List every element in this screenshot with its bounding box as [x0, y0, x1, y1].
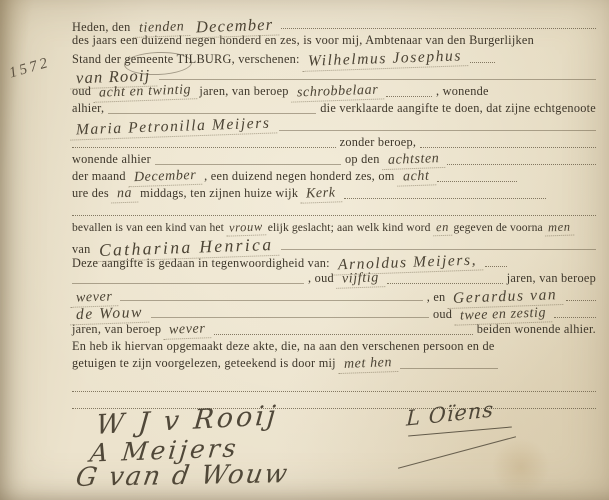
form-line-19: jaren, van beroep wever beiden wonende a… [70, 322, 598, 339]
form-line-11: ure des na middags, ten zijnen huize wij… [70, 186, 598, 203]
printed-year-om: , een duizend negen honderd zes, om [202, 169, 396, 184]
printed-alhier: alhier, [70, 101, 106, 116]
form-line-18: de Wouw oud twee en zestig [70, 305, 598, 322]
handwritten-en: en [432, 220, 452, 237]
dotted-rule [566, 300, 596, 301]
dotted-rule [447, 164, 596, 165]
handwritten-met-hen: met hen [338, 355, 399, 374]
signature-witness2: G van d Wouw [74, 459, 291, 493]
dotted-rule [344, 198, 546, 199]
form-line-22-blank [70, 379, 598, 396]
printed-jaren-beroep-2: jaren, van beroep [505, 271, 598, 286]
handwritten-witness2-occupation: wever [163, 321, 212, 340]
form-line-03: Stand der gemeente TILBURG, verschenen: … [70, 50, 598, 67]
rule [120, 300, 422, 301]
dotted-rule [72, 215, 596, 216]
printed-gegeven-voorna: gegeven de voorna [452, 221, 545, 234]
form-line-07: Maria Petronilla Meijers [70, 118, 598, 135]
handwritten-birth-hour: acht [396, 168, 435, 186]
printed-der-maand: der maand [70, 169, 128, 184]
signature-official-flourish [398, 436, 516, 469]
dotted-rule [72, 391, 596, 392]
printed-wonende-alhier: wonende alhier [70, 152, 153, 167]
printed-van: van [70, 242, 93, 257]
printed-zonder-beroep: zonder beroep, [338, 135, 419, 150]
form-line-21: getuigen te zijn voorgelezen, geteekend … [70, 356, 598, 373]
dotted-rule [554, 317, 596, 318]
printed-wonende: , wonende [434, 84, 491, 99]
printed-geslacht: elijk geslacht; aan welk kind word [266, 221, 433, 234]
form-line-13: bevallen is van een kind van het vrouw e… [70, 220, 598, 237]
dotted-rule [214, 334, 473, 335]
rule [155, 164, 341, 165]
rule [108, 113, 316, 114]
handwritten-declaration-day: tienden [132, 19, 190, 38]
dotted-rule [437, 181, 516, 182]
printed-verklaarde-aangifte: die verklaarde aangifte te doen, dat zij… [318, 101, 598, 116]
rule [400, 368, 498, 369]
handwritten-witness1-age: vijftig [336, 270, 385, 289]
form-line-12-blank [70, 203, 598, 220]
dotted-rule [420, 147, 596, 148]
printed-oud-3: oud [431, 307, 454, 322]
handwritten-witness2-age: twee en zestig [454, 305, 553, 325]
rule [281, 249, 596, 250]
dotted-rule [485, 266, 507, 267]
paper-stain [492, 438, 550, 496]
handwritten-na: na [111, 186, 139, 204]
rule [279, 130, 596, 131]
printed-gemeente-tilburg: Stand der gemeente TILBURG, verschenen: [70, 52, 302, 67]
form-line-14: van Catharina Henrica [70, 237, 598, 254]
printed-middags-wijk: middags, ten zijnen huize wijk [138, 186, 300, 201]
birth-certificate-scan: 1572 Heden, den tienden December des jaa… [0, 0, 609, 500]
form-line-09: wonende alhier op den achtsten [70, 152, 598, 169]
printed-ure-des: ure des [70, 186, 111, 201]
form-line-10: der maand December , een duizend negen h… [70, 169, 598, 186]
printed-opgemaakt-akte: En heb ik hiervan opgemaakt deze akte, d… [70, 339, 497, 354]
form-line-06: alhier, die verklaarde aangifte te doen,… [70, 101, 598, 118]
handwritten-declaration-month: December [190, 14, 280, 38]
rule [72, 283, 304, 284]
handwritten-declarant-occupation: schrobbelaar [290, 82, 384, 102]
dotted-rule [387, 283, 503, 284]
rule [159, 79, 597, 80]
handwritten-declarant-age: acht en twintig [93, 82, 198, 103]
form-line-01: Heden, den tienden December [70, 16, 598, 33]
handwritten-wijk: Kerk [300, 185, 342, 203]
dotted-rule [386, 96, 432, 97]
printed-op-den: op den [343, 152, 382, 167]
dotted-rule [281, 28, 596, 29]
act-number: 1572 [7, 55, 52, 83]
form-line-17: wever , en Gerardus van [70, 288, 598, 305]
rule [151, 317, 429, 318]
dotted-rule [72, 147, 336, 148]
dotted-rule [470, 62, 495, 63]
form-line-05: oud acht en twintig jaren, van beroep sc… [70, 84, 598, 101]
handwritten-witness2-surname: de Wouw [70, 304, 150, 326]
form-line-20: En heb ik hiervan opgemaakt deze akte, d… [70, 339, 598, 356]
printed-voorgelezen: getuigen te zijn voorgelezen, geteekend … [70, 356, 338, 371]
printed-en: , en [425, 290, 448, 305]
handwritten-men: men [545, 220, 574, 237]
handwritten-birth-month: December [128, 168, 203, 188]
form-body: Heden, den tienden December des jaars ee… [70, 16, 598, 413]
printed-bevallen: bevallen is van een kind van het [70, 221, 226, 234]
printed-jaren-beroep: jaren, van beroep [197, 84, 290, 99]
handwritten-birth-day: achtsten [381, 151, 445, 170]
